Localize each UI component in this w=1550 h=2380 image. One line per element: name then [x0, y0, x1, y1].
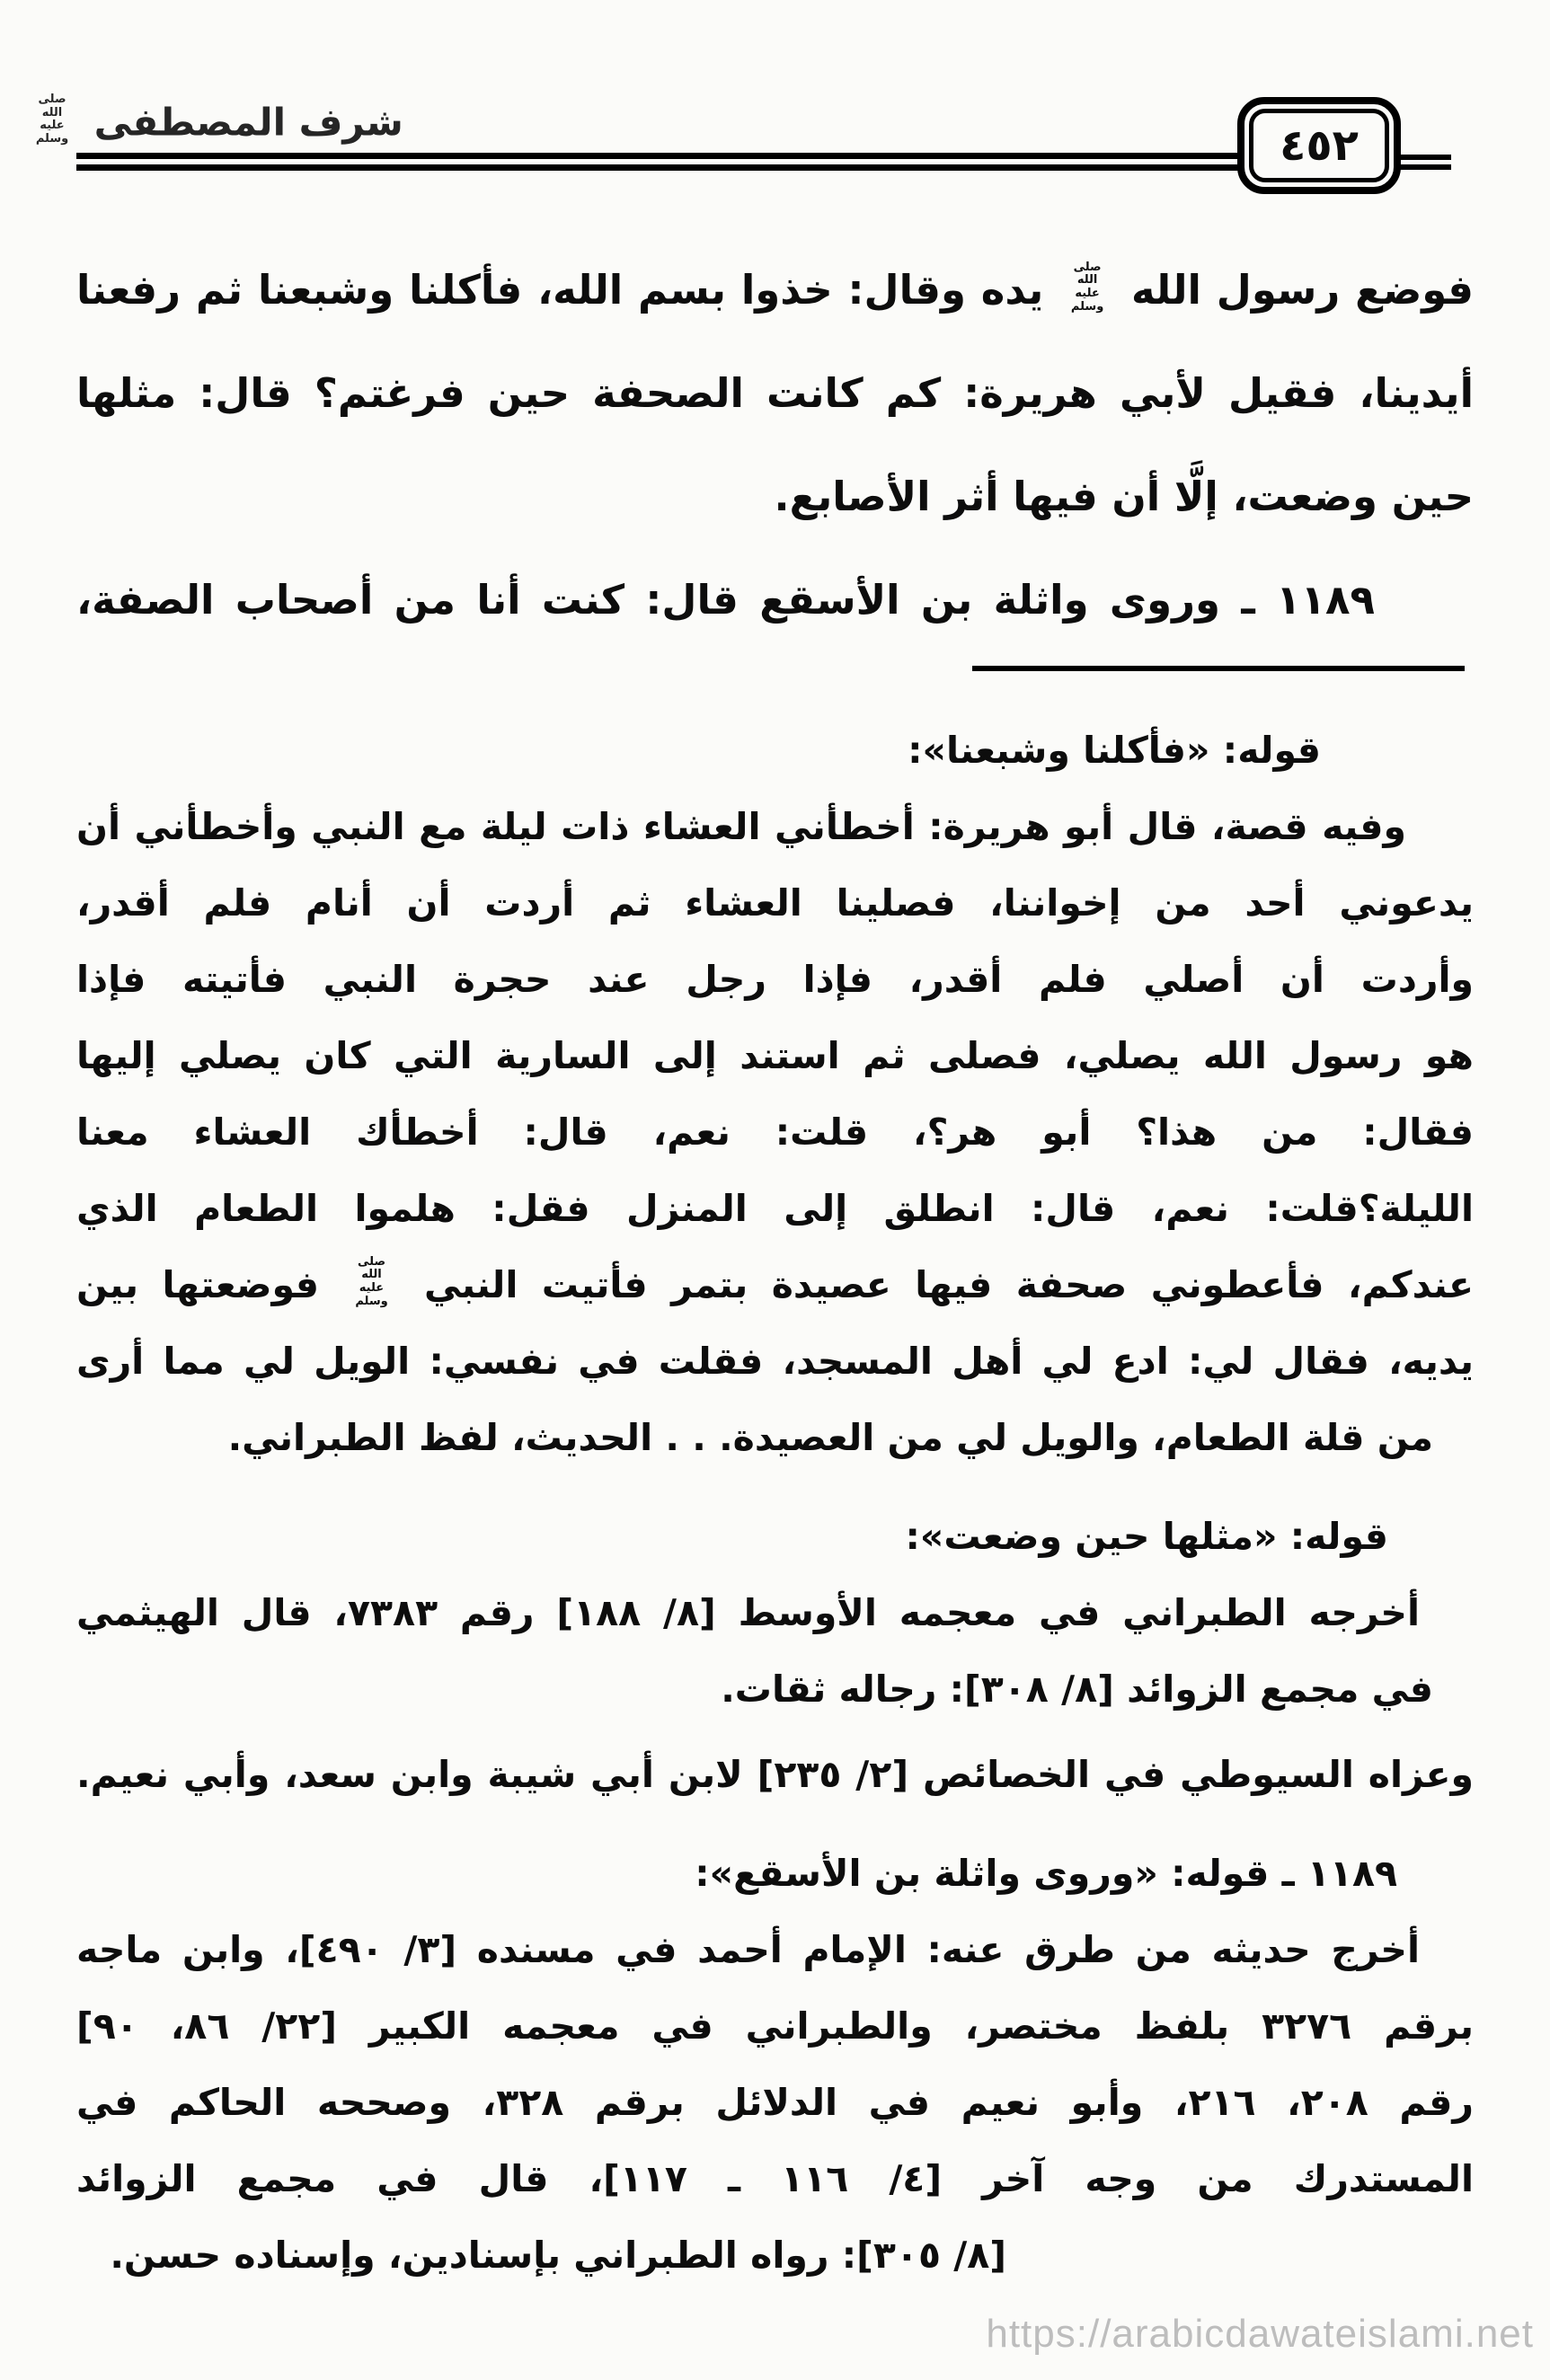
note-title: قوله: «مثلها حين وضعت»: [76, 1499, 1474, 1575]
note-line: يدعوني أحد من إخواننا، فصلينا العشاء ثم … [76, 865, 1474, 942]
note-line: المستدرك من وجه آخر [٤/ ١١٦ ـ ١١٧]، قال … [76, 2141, 1474, 2217]
note-line: وأردت أن أصلي فلم أقدر، فإذا رجل عند حجر… [76, 942, 1474, 1018]
pbuh-mark: صلى الله عليه وسلم [1063, 261, 1112, 314]
note-line: [٨/ ٣٠٥]: رواه الطبراني بإسنادين، وإسناد… [76, 2217, 1474, 2294]
page-number: ٤٥٢ [1249, 109, 1389, 182]
note-line: من قلة الطعام، والويل لي من العصيدة. . .… [76, 1400, 1474, 1476]
header-rule-stub [1399, 155, 1451, 170]
book-title: شرف المصطفى صلى الله عليه وسلم [23, 99, 403, 151]
note-line: فقال: من هذا؟ أبو هر؟، قلت: نعم، قال: أخ… [76, 1094, 1474, 1171]
main-text-line: فوضع رسول الله صلى الله عليه وسلم يده وق… [76, 238, 1474, 341]
main-text: فوضع رسول الله صلى الله عليه وسلم يده وق… [76, 238, 1474, 651]
header-double-rule [76, 153, 1238, 171]
note-line: يديه، فقال لي: ادع لي أهل المسجد، فقلت ف… [76, 1323, 1474, 1400]
main-text-line: ١١٨٩ ـ وروى واثلة بن الأسقع قال: كنت أنا… [76, 548, 1474, 651]
note-line: عندكم، فأعطوني صحفة فيها عصيدة بتمر فأتي… [76, 1247, 1474, 1323]
footnote-section-2: قوله: «مثلها حين وضعت»: أخرجه الطبراني ف… [76, 1499, 1474, 1813]
page-number-box: ٤٥٢ [1237, 97, 1401, 194]
note-line: أخرجه الطبراني في معجمه الأوسط [٨/ ١٨٨] … [76, 1575, 1474, 1651]
note-line: في مجمع الزوائد [٨/ ٣٠٨]: رجاله ثقات. [76, 1651, 1474, 1728]
book-page: شرف المصطفى صلى الله عليه وسلم ٤٥٢ فوضع … [0, 0, 1550, 2380]
footnote-separator [972, 666, 1465, 671]
note-title: ١١٨٩ ـ قوله: «وروى واثلة بن الأسقع»: [76, 1836, 1474, 1912]
note-line: برقم ٣٢٧٦ بلفظ مختصر، والطبراني في معجمه… [76, 1988, 1474, 2065]
main-text-line: أيدينا، فقيل لأبي هريرة: كم كانت الصحفة … [76, 341, 1474, 445]
footnote-section-3: ١١٨٩ ـ قوله: «وروى واثلة بن الأسقع»: أخر… [76, 1836, 1474, 2294]
note-line: الليلة؟قلت: نعم، قال: انطلق إلى المنزل ف… [76, 1171, 1474, 1247]
page-content: فوضع رسول الله صلى الله عليه وسلم يده وق… [0, 0, 1550, 2294]
note-line: وعزاه السيوطي في الخصائص [٢/ ٢٣٥] لابن أ… [76, 1737, 1474, 1813]
note-title: قوله: «فأكلنا وشبعنا»: [76, 712, 1474, 789]
pbuh-mark: صلى الله عليه وسلم [28, 93, 76, 146]
pbuh-mark: صلى الله عليه وسلم [348, 1256, 396, 1308]
note-line: أخرج حديثه من طرق عنه: الإمام أحمد في مس… [76, 1912, 1474, 1988]
footnote-section-1: قوله: «فأكلنا وشبعنا»: وفيه قصة، قال أبو… [76, 712, 1474, 1476]
watermark-url: https://arabicdawateislami.net [986, 2312, 1534, 2357]
note-line: هو رسول الله يصلي، فصلى ثم استند إلى الس… [76, 1018, 1474, 1094]
main-text-line: حين وضعت، إلَّا أن فيها أثر الأصابع. [76, 445, 1474, 548]
note-line: رقم ٢٠٨، ٢١٦، وأبو نعيم في الدلائل برقم … [76, 2065, 1474, 2141]
note-line: وفيه قصة، قال أبو هريرة: أخطأني العشاء ذ… [76, 789, 1474, 865]
